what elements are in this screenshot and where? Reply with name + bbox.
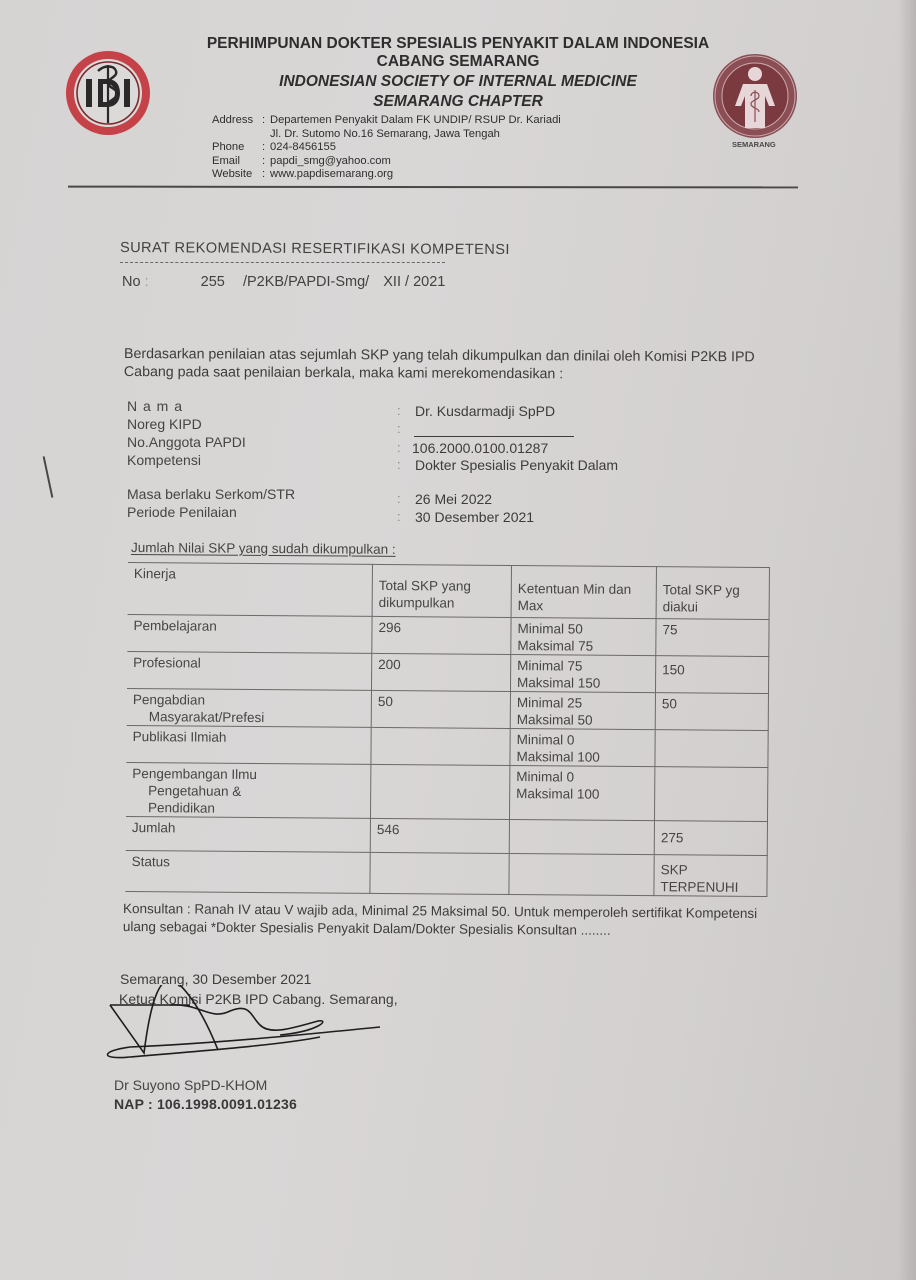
title-dashed-rule bbox=[120, 262, 445, 263]
row-total bbox=[370, 764, 509, 819]
contact-label: Email bbox=[212, 155, 262, 169]
row-kinerja: Pengembangan IlmuPengetahuan &Pendidikan bbox=[126, 762, 371, 818]
document-number: No : 255 /P2KB/PAPDI-Smg/ XII / 2021 bbox=[122, 274, 445, 290]
total-dikumpulkan: 546 bbox=[370, 818, 509, 853]
contact-label bbox=[212, 128, 262, 142]
header-total-diakui: Total SKP yg diakui bbox=[656, 567, 769, 620]
contact-block: Address:Departemen Penyakit Dalam FK UND… bbox=[212, 114, 561, 182]
header-kinerja: Kinerja bbox=[128, 563, 373, 617]
number-month: XII bbox=[383, 274, 401, 290]
field-label-periode: Periode Penilaian bbox=[127, 504, 237, 520]
org-name-id: PERHIMPUNAN DOKTER SPESIALIS PENYAKIT DA… bbox=[0, 35, 916, 53]
row-kinerja: Profesional bbox=[127, 651, 372, 690]
field-value-anggota: 106.2000.0100.01287 bbox=[412, 440, 548, 456]
total-label: Jumlah bbox=[126, 816, 371, 852]
table-row: Publikasi Ilmiah Minimal 0Maksimal 100 bbox=[126, 725, 768, 767]
noreg-blank-line bbox=[414, 436, 574, 437]
field-label-nama: N a m a bbox=[127, 398, 183, 414]
number-value: 255 bbox=[201, 274, 225, 290]
signer-name: Dr Suyono SpPD-KHOM bbox=[114, 1077, 267, 1093]
table-row: Pembelajaran 296 Minimal 50Maksimal 75 7… bbox=[127, 614, 769, 656]
header-total-dikumpulkan: Total SKP yang dikumpulkan bbox=[372, 564, 511, 617]
row-ketentuan: Minimal 0Maksimal 100 bbox=[509, 766, 654, 821]
field-value-nama: Dr. Kusdarmadji SpPD bbox=[415, 403, 555, 419]
intro-paragraph: Berdasarkan penilaian atas sejumlah SKP … bbox=[124, 345, 804, 385]
field-label-kompetensi: Kompetensi bbox=[127, 452, 201, 468]
status-label: Status bbox=[125, 850, 370, 893]
field-label-noreg: Noreg KIPD bbox=[127, 416, 202, 432]
field-label-anggota: No.Anggota PAPDI bbox=[127, 434, 246, 450]
signer-nap: NAP : 106.1998.0091.01236 bbox=[114, 1096, 297, 1112]
row-total: 296 bbox=[372, 616, 511, 654]
seal-caption: SEMARANG bbox=[732, 140, 776, 149]
status-value: SKPTERPENUHI bbox=[654, 855, 767, 897]
row-total bbox=[371, 727, 510, 765]
row-diakui bbox=[655, 730, 768, 768]
row-kinerja: PengabdianMasyarakat/Prefesi bbox=[127, 688, 372, 727]
total-diakui: 275 bbox=[654, 821, 767, 856]
row-ketentuan: Minimal 75Maksimal 150 bbox=[510, 655, 655, 693]
table-header-row: Kinerja Total SKP yang dikumpulkan Keten… bbox=[128, 563, 770, 620]
papdi-seal-icon bbox=[711, 52, 799, 140]
table-row: Pengembangan IlmuPengetahuan &Pendidikan… bbox=[126, 762, 768, 821]
email-value: papdi_smg@yahoo.com bbox=[270, 155, 391, 169]
row-diakui: 150 bbox=[655, 656, 768, 694]
field-value-kompetensi: Dokter Spesialis Penyakit Dalam bbox=[415, 457, 618, 473]
row-kinerja: Publikasi Ilmiah bbox=[126, 725, 371, 764]
row-diakui: 50 bbox=[655, 693, 768, 731]
margin-pen-mark bbox=[43, 456, 54, 497]
table-caption: Jumlah Nilai SKP yang sudah dikumpulkan … bbox=[131, 540, 396, 557]
table-row: Profesional 200 Minimal 75Maksimal 150 1… bbox=[127, 651, 769, 693]
row-ketentuan: Minimal 25Maksimal 50 bbox=[510, 692, 655, 730]
website-value: www.papdisemarang.org bbox=[270, 168, 393, 182]
document-title: SURAT REKOMENDASI RESERTIFIKASI KOMPETEN… bbox=[120, 240, 510, 258]
field-label-masa-berlaku: Masa berlaku Serkom/STR bbox=[127, 486, 295, 502]
number-label: No bbox=[122, 274, 141, 290]
table-total-row: Jumlah 546 275 bbox=[126, 816, 768, 855]
address-line-1: Departemen Penyakit Dalam FK UNDIP/ RSUP… bbox=[270, 114, 561, 128]
row-diakui: 75 bbox=[656, 619, 769, 657]
skp-table: Kinerja Total SKP yang dikumpulkan Keten… bbox=[125, 562, 770, 897]
consultant-note: Konsultan : Ranah IV atau V wajib ada, M… bbox=[123, 900, 783, 941]
number-suffix: /P2KB/PAPDI-Smg/ bbox=[243, 274, 369, 290]
phone-value: 024-8456155 bbox=[270, 141, 336, 155]
row-total: 50 bbox=[371, 690, 510, 728]
table-row: PengabdianMasyarakat/Prefesi 50 Minimal … bbox=[127, 688, 769, 730]
handwritten-signature-icon bbox=[100, 985, 400, 1065]
table-status-row: Status SKPTERPENUHI bbox=[125, 850, 767, 896]
row-kinerja: Pembelajaran bbox=[127, 614, 372, 653]
header-rule bbox=[68, 186, 798, 189]
row-total: 200 bbox=[371, 653, 510, 691]
row-diakui bbox=[654, 767, 767, 822]
row-ketentuan: Minimal 0Maksimal 100 bbox=[510, 729, 655, 767]
contact-label: Phone bbox=[212, 141, 262, 155]
field-value-masa-berlaku: 26 Mei 2022 bbox=[415, 491, 492, 507]
row-ketentuan: Minimal 50Maksimal 75 bbox=[511, 618, 656, 656]
page-edge-shadow bbox=[898, 0, 916, 1280]
contact-label: Address bbox=[212, 114, 262, 128]
address-line-2: Jl. Dr. Sutomo No.16 Semarang, Jawa Teng… bbox=[270, 128, 500, 142]
header-ketentuan: Ketentuan Min dan Max bbox=[511, 566, 656, 619]
field-value-periode: 30 Desember 2021 bbox=[415, 509, 534, 525]
number-year: / 2021 bbox=[405, 274, 445, 290]
contact-label: Website bbox=[212, 168, 262, 182]
